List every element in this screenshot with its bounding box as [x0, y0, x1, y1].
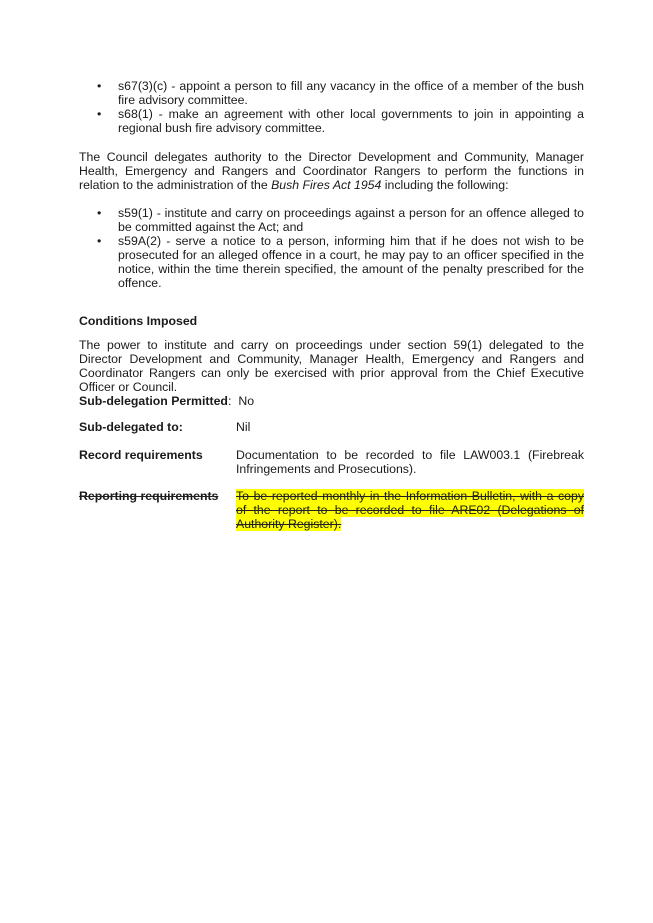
- list-item-text: s67(3)(c) - appoint a person to fill any…: [118, 79, 584, 107]
- delegation-paragraph: The Council delegates authority to the D…: [79, 150, 584, 192]
- list-item-text: s59A(2) - serve a notice to a person, in…: [118, 234, 584, 290]
- sub-delegated-to-label: Sub-delegated to:: [79, 420, 183, 434]
- bullet-icon: •: [97, 79, 107, 93]
- record-requirements-label: Record requirements: [79, 448, 203, 462]
- powers-list-1: • s67(3)(c) - appoint a person to fill a…: [97, 79, 584, 135]
- sub-delegation-permitted-label: Sub-delegation Permitted: [79, 394, 228, 408]
- bullet-icon: •: [97, 206, 107, 220]
- record-requirements-value: Documentation to be recorded to file LAW…: [236, 448, 584, 476]
- powers-list-2: • s59(1) - institute and carry on procee…: [97, 206, 584, 290]
- act-name: Bush Fires Act 1954: [271, 178, 381, 192]
- label-separator: :: [228, 394, 231, 408]
- list-item: • s68(1) - make an agreement with other …: [97, 107, 584, 135]
- reporting-requirements-label-text: Reporting requirements: [79, 489, 218, 503]
- sub-delegated-to-value: Nil: [236, 420, 584, 434]
- conditions-paragraph: The power to institute and carry on proc…: [79, 338, 584, 394]
- list-item-text: s68(1) - make an agreement with other lo…: [118, 107, 584, 135]
- list-item-text: s59(1) - institute and carry on proceedi…: [118, 206, 584, 234]
- bullet-icon: •: [97, 107, 107, 121]
- conditions-heading: Conditions Imposed: [79, 314, 197, 328]
- list-item: • s59A(2) - serve a notice to a person, …: [97, 234, 584, 290]
- highlighted-deleted-text: To be reported monthly in the Informatio…: [236, 489, 584, 531]
- delegation-text-after: including the following:: [381, 178, 508, 192]
- list-item: • s67(3)(c) - appoint a person to fill a…: [97, 79, 584, 107]
- list-item: • s59(1) - institute and carry on procee…: [97, 206, 584, 234]
- reporting-requirements-value: To be reported monthly in the Informatio…: [236, 489, 584, 531]
- bullet-icon: •: [97, 234, 107, 248]
- document-page: • s67(3)(c) - appoint a person to fill a…: [0, 0, 653, 923]
- reporting-requirements-label: Reporting requirements: [79, 489, 236, 503]
- sub-delegation-permitted-row: Sub-delegation Permitted:No: [79, 394, 254, 408]
- sub-delegation-permitted-value: No: [238, 394, 254, 408]
